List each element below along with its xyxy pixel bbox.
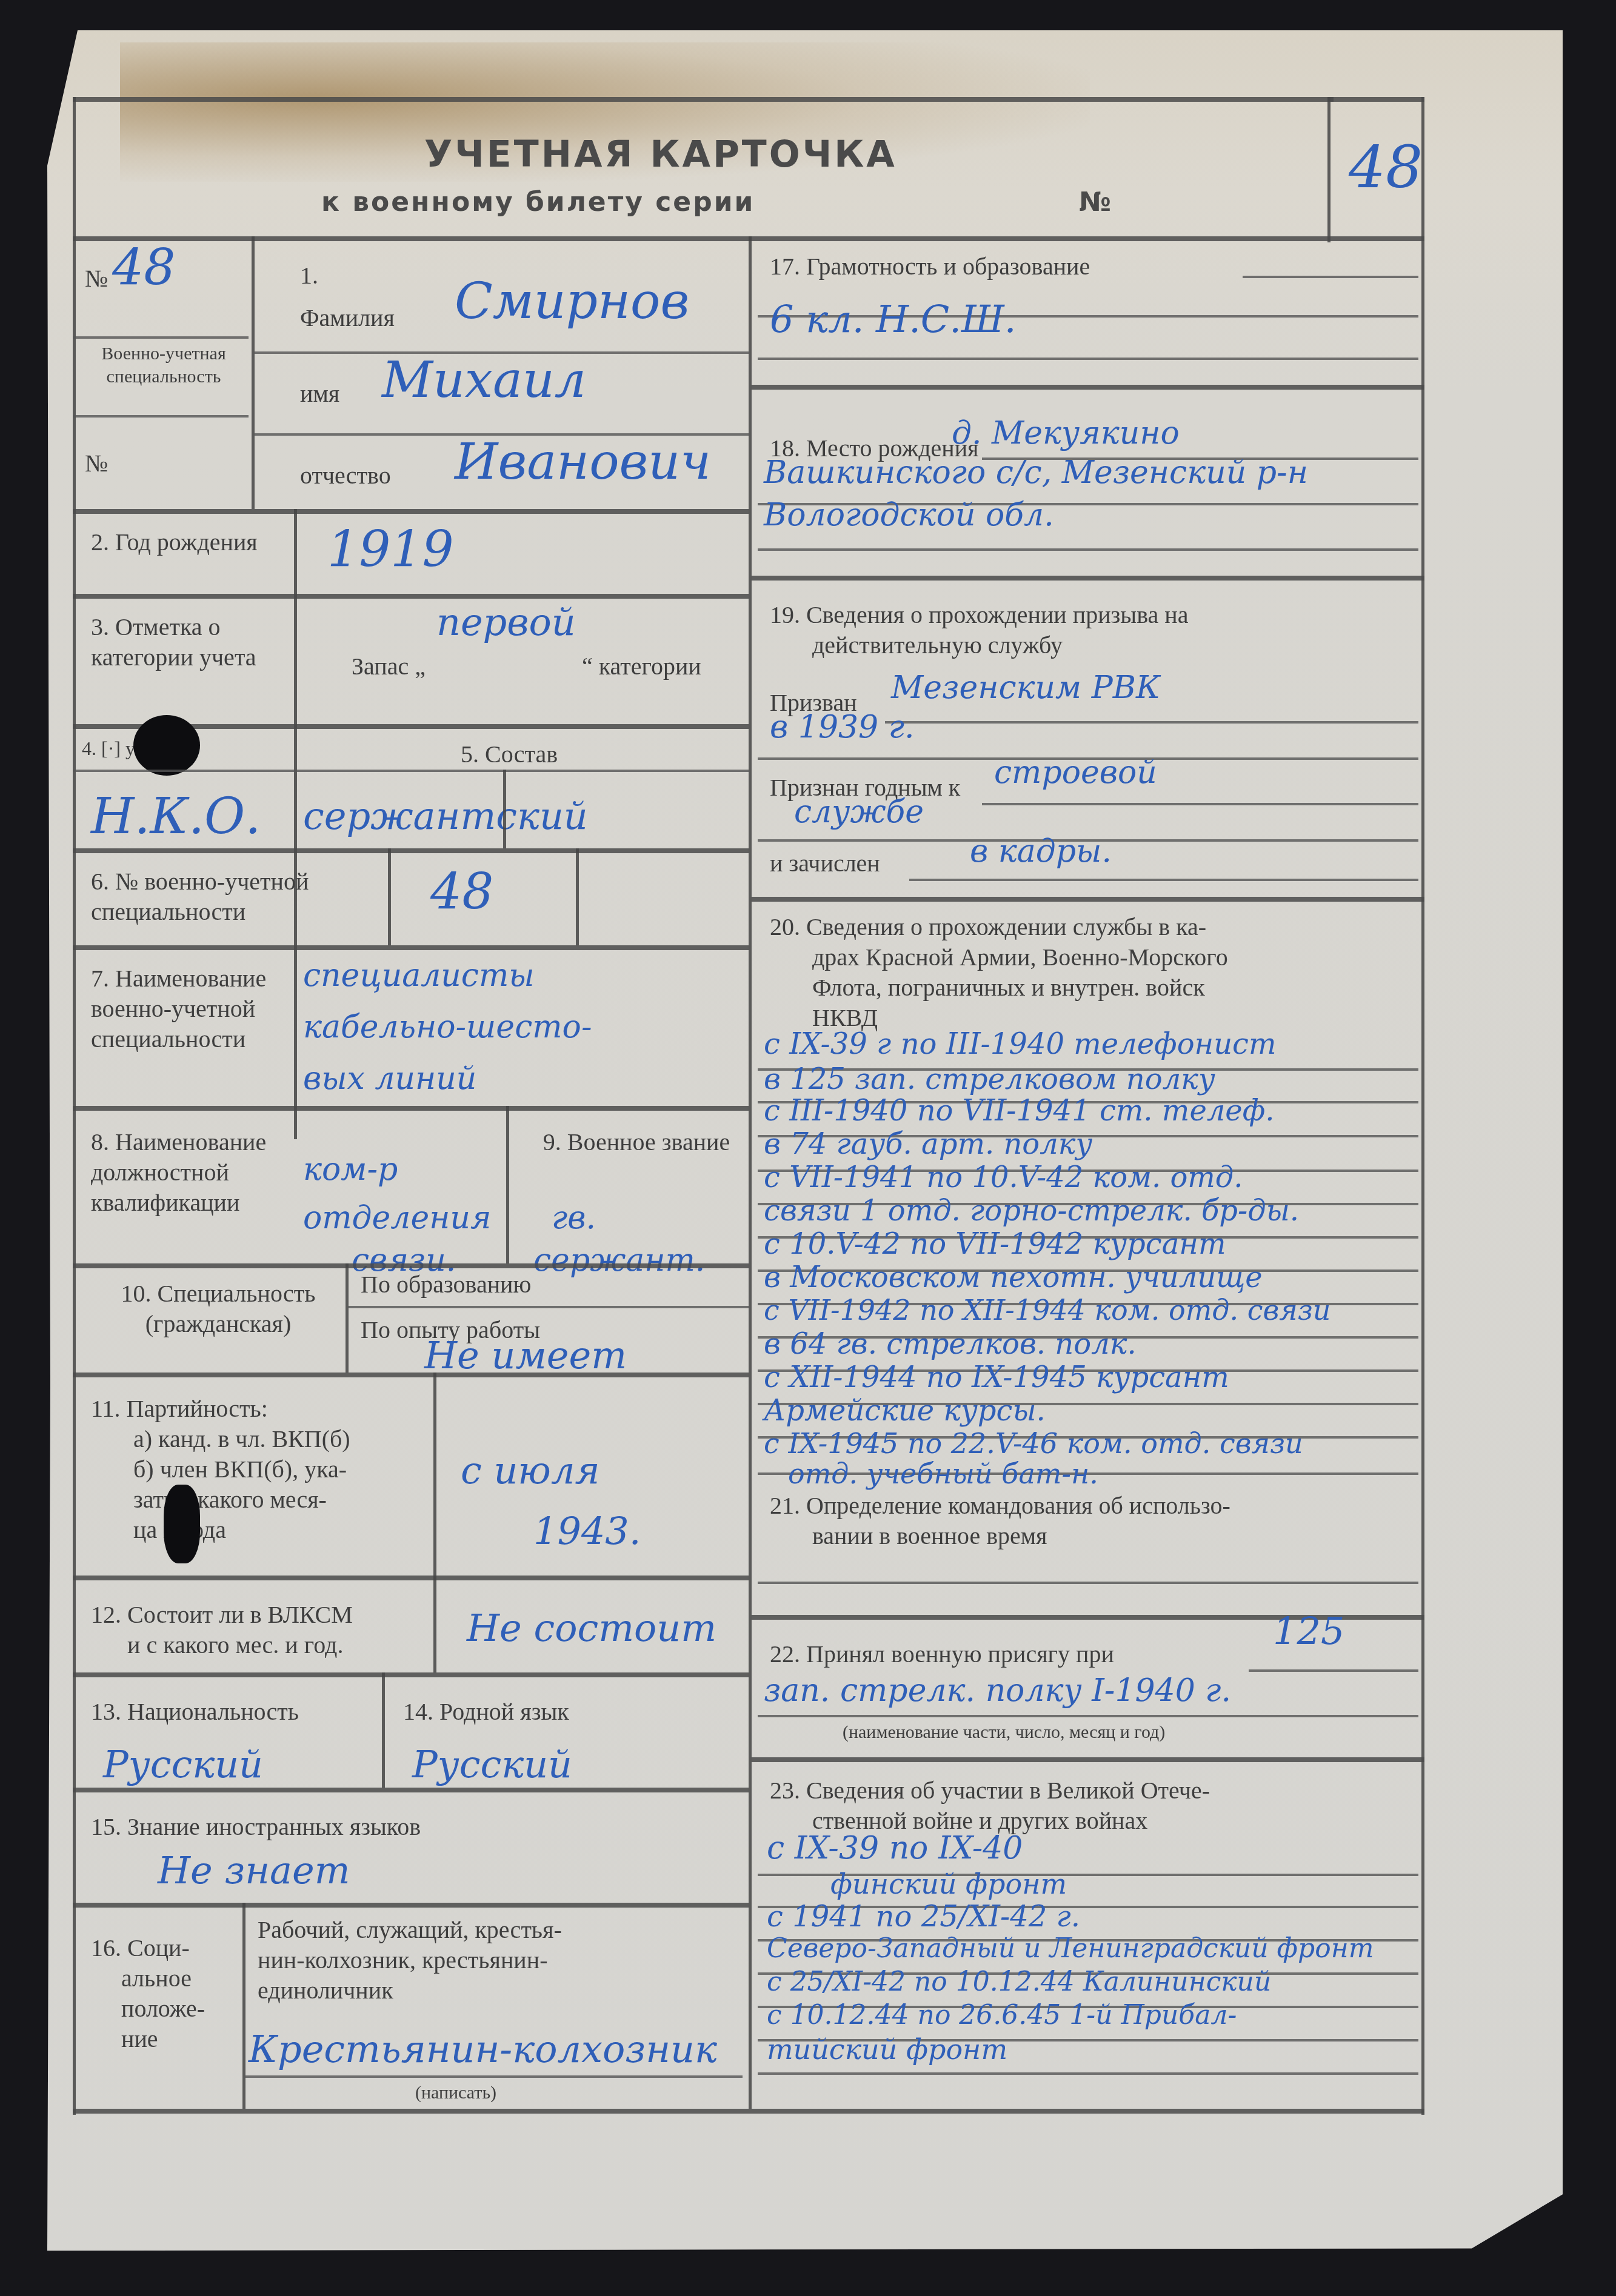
cell-divider (382, 1672, 385, 1788)
rule (73, 1106, 749, 1111)
rule (73, 848, 749, 853)
field-14-label: 14. Родной язык (403, 1697, 569, 1727)
cell-divider (576, 848, 579, 945)
birthplace-line-2: Вашкинского с/с, Мезенский р-н (764, 454, 1308, 491)
war-entry: тийский фронт (767, 2033, 1007, 2066)
fit-value-1: строевой (994, 754, 1157, 791)
oath-hint: (наименование части, число, месяц и год) (843, 1721, 1165, 1744)
rule (1243, 276, 1418, 278)
field-2-label: 2. Год рождения (91, 527, 273, 557)
position-line-2: отделения (303, 1200, 491, 1236)
field-6-label: 6. № военно-учетной специальности (91, 867, 370, 927)
card-no-label: № (85, 264, 108, 294)
komsomol-value: Не состоит (467, 1606, 716, 1650)
rule (73, 509, 749, 514)
cell-divider (433, 1576, 436, 1672)
number-box-top (1327, 97, 1424, 102)
cell-divider (503, 770, 506, 848)
war-entry: с 25/XI-42 по 10.12.44 Калининский (767, 1966, 1271, 1997)
war-entry: с 10.12.44 по 26.6.45 1-й Прибал- (767, 2000, 1237, 2031)
service-entry: в 64 гв. стрелков. полк. (764, 1327, 1137, 1361)
native-language-value: Русский (412, 1742, 572, 1786)
rule (758, 358, 1418, 360)
war-participation-list: с IX-39 по IX-40 финский фронт с 1941 по… (758, 1830, 1418, 2109)
field-10-label: 10. Специальность (гражданская) (91, 1279, 346, 1339)
field-20-label-2: драх Красной Армии, Военно-Морского (812, 942, 1228, 973)
field-3-label: 3. Отметка о категории учета (91, 612, 285, 673)
name-value: Михаил (382, 351, 586, 409)
number-box-border (1327, 97, 1331, 242)
field-19-label-1: 19. Сведения о прохождении призыва на (770, 600, 1189, 630)
card-subtitle: к военному билету серии (321, 187, 755, 218)
war-entry: финский фронт (830, 1868, 1067, 1900)
service-entry: с IX-39 г по III-1940 телефонист (764, 1027, 1277, 1061)
field-16-label-2: альное (121, 1963, 192, 1994)
party-since-line-1: с июля (461, 1448, 599, 1492)
vus-number-value: 48 (430, 863, 493, 921)
field-20-label-1: 20. Сведения о прохождении службы в ка- (770, 912, 1206, 942)
war-entry: Северо-Западный и Ленинградский фронт (767, 1933, 1374, 1964)
reserve-category-value: первой (436, 600, 576, 644)
enrolled-label: и зачислен (770, 848, 880, 879)
rule (752, 576, 1424, 581)
birthplace-line-3: Вологодской обл. (764, 497, 1054, 533)
nationality-value: Русский (103, 1742, 263, 1786)
cell-divider (294, 509, 297, 1139)
rule (73, 1576, 749, 1580)
rule (885, 721, 1418, 724)
card-no-value: 48 (112, 239, 175, 297)
field-12-label-2: и с какого мес. и год. (127, 1630, 343, 1660)
rule (73, 945, 749, 950)
patronymic-value: Иванович (455, 433, 711, 491)
field-12-label-1: 12. Состоит ли в ВЛКСМ (91, 1600, 353, 1630)
field-9-label: 9. Военное звание (533, 1127, 740, 1157)
series-number-value: 48 (1349, 133, 1423, 201)
field-23-label-1: 23. Сведения об участии в Великой Отече- (770, 1775, 1210, 1806)
field-11-label-2: а) канд. в чл. ВКП(б) (133, 1424, 350, 1454)
rank-composition-value: сержантский (303, 794, 588, 838)
vus-name-line-1: специалисты (303, 957, 535, 994)
vus-name-line-3: вых линий (303, 1060, 476, 1097)
rule (758, 2072, 1418, 2075)
field-22-label: 22. Принял военную присягу при (770, 1639, 1114, 1669)
service-entry: Армейские курсы. (764, 1394, 1046, 1428)
service-entry: с III-1940 по VII-1941 ст. телеф. (764, 1094, 1275, 1128)
position-line-1: ком-р (303, 1151, 398, 1188)
service-entry: в 74 гауб. арт. полку (764, 1127, 1092, 1161)
enrolled-value: в кадры. (970, 833, 1112, 870)
social-status-value: Крестьянин-колхозник (249, 2027, 717, 2071)
field-19-label-2: действительную службу (812, 630, 1063, 661)
registration-card-form: УЧЕТНАЯ КАРТОЧКА к военному билету серии… (73, 97, 1455, 2121)
oath-unit-line-1: 125 (1273, 1609, 1344, 1653)
party-since-line-2: 1943. (533, 1509, 641, 1553)
cell-divider (506, 1106, 509, 1263)
rule (73, 770, 749, 772)
service-entry: с VII-1942 по XII-1944 ком. отд. связи (764, 1294, 1331, 1326)
oath-unit-line-2: зап. стрелк. полку I-1940 г. (764, 1672, 1231, 1709)
service-entry: в 125 зап. стрелковом полку (764, 1062, 1215, 1096)
service-entry: связи 1 отд. горно-стрелк. бр-ды. (764, 1194, 1299, 1228)
social-options-1: Рабочий, служащий, крестья- (258, 1915, 562, 1945)
ink-blot (133, 715, 200, 776)
rule (909, 879, 1418, 881)
military-rank-line-1: гв. (552, 1200, 596, 1236)
bottom-border (73, 2109, 1424, 2114)
social-options-3: единоличник (258, 1975, 393, 2006)
service-history-list: с IX-39 г по III-1940 телефонист в 125 з… (758, 1027, 1418, 1488)
top-border (73, 97, 1334, 102)
name-label: имя (300, 379, 339, 409)
series-number-label: № (1079, 187, 1114, 218)
category-label: “ категории (582, 651, 701, 682)
field-5-label: 5. Состав (461, 739, 558, 770)
no-label: № (85, 448, 108, 479)
field-16-label-1: 16. Соци- (91, 1933, 190, 1963)
cell-divider (388, 848, 391, 945)
cell-divider (242, 1903, 245, 2109)
fit-value-2: службе (794, 794, 924, 830)
accounting-value: Н.К.О. (91, 788, 261, 845)
birthplace-line-1: д. Мекуякино (952, 415, 1180, 451)
rule (73, 1788, 749, 1792)
rule (73, 1672, 749, 1677)
ink-blot (164, 1485, 200, 1563)
rule (73, 415, 249, 418)
rule (73, 1373, 749, 1377)
civil-specialty-value: Не имеет (424, 1333, 627, 1377)
vus-name-line-2: кабельно-шесто- (303, 1009, 592, 1045)
field-16-label-3: положе- (121, 1994, 205, 2024)
field-21-label-2: вании в военное время (812, 1521, 1047, 1551)
drafted-value-1: Мезенским РВК (891, 670, 1160, 706)
service-entry: с 10.V-42 по VII-1942 курсант (764, 1227, 1226, 1261)
rule (758, 548, 1418, 551)
field-15-label: 15. Знание иностранных языков (91, 1812, 421, 1842)
rule (73, 594, 749, 599)
rule (752, 385, 1424, 390)
surname-value: Смирнов (455, 273, 689, 330)
vus-label: Военно-учетная специальность (85, 342, 242, 388)
rule (1249, 1669, 1418, 1672)
rule (73, 1903, 749, 1908)
surname-label: Фамилия (300, 303, 395, 333)
military-rank-line-2: сержант. (533, 1242, 705, 1279)
right-border (1421, 97, 1424, 2115)
cell-divider (433, 1373, 436, 1576)
reserve-label: Запас „ (352, 651, 426, 682)
field-1-number: 1. (300, 261, 318, 291)
card-title: УЧЕТНАЯ КАРТОЧКА (424, 133, 897, 176)
field-8-label: 8. Наименование должностной квалификации (91, 1127, 291, 1218)
column-divider (749, 236, 752, 2109)
rule (752, 1757, 1424, 1762)
field-16-label-4: ние (121, 2024, 158, 2054)
war-entry: с IX-39 по IX-40 (767, 1830, 1023, 1866)
by-education-label: По образованию (361, 1269, 531, 1300)
rule (73, 336, 249, 339)
war-entry: с 1941 по 25/XI-42 г. (767, 1900, 1080, 1934)
education-value: 6 кл. Н.С.Ш. (770, 297, 1016, 341)
field-11-label-1: 11. Партийность: (91, 1394, 268, 1424)
service-entry: с IX-1945 по 22.V-46 ком. отд. связи (764, 1427, 1303, 1460)
social-status-hint: (написать) (415, 2081, 496, 2105)
service-entry: отд. учебный бат-н. (788, 1457, 1098, 1490)
field-13-label: 13. Национальность (91, 1697, 299, 1727)
rule (982, 803, 1418, 805)
field-7-label: 7. Наименование военно-учетной специальн… (91, 963, 291, 1054)
social-options-2: нин-колхозник, крестьянин- (258, 1945, 548, 1975)
rule (752, 897, 1424, 902)
service-entry: с XII-1944 по IX-1945 курсант (764, 1360, 1229, 1394)
cell-divider (346, 1263, 349, 1373)
field-20-label-3: Флота, пограничных и внутрен. войск (812, 973, 1205, 1003)
rule (73, 1263, 749, 1268)
field-21-label-1: 21. Определение командования об использо… (770, 1491, 1230, 1521)
field-17-label: 17. Грамотность и образование (770, 251, 1090, 282)
field-11-label-3: б) член ВКП(б), ука- (133, 1454, 347, 1485)
rule (758, 1715, 1418, 1717)
rule (758, 1582, 1418, 1584)
drafted-value-2: в 1939 г. (770, 709, 914, 745)
birth-year-value: 1919 (327, 521, 454, 579)
cell-divider (252, 236, 255, 509)
service-entry: в Московском пехотн. училище (764, 1260, 1263, 1294)
service-entry: с VII-1941 по 10.V-42 ком. отд. (764, 1160, 1243, 1194)
field-11-label-4: зать с какого меся- (133, 1485, 327, 1515)
rule (245, 2075, 743, 2078)
patronymic-label: отчество (300, 461, 391, 491)
foreign-languages-value: Не знает (158, 1848, 350, 1892)
rule (349, 1306, 749, 1308)
